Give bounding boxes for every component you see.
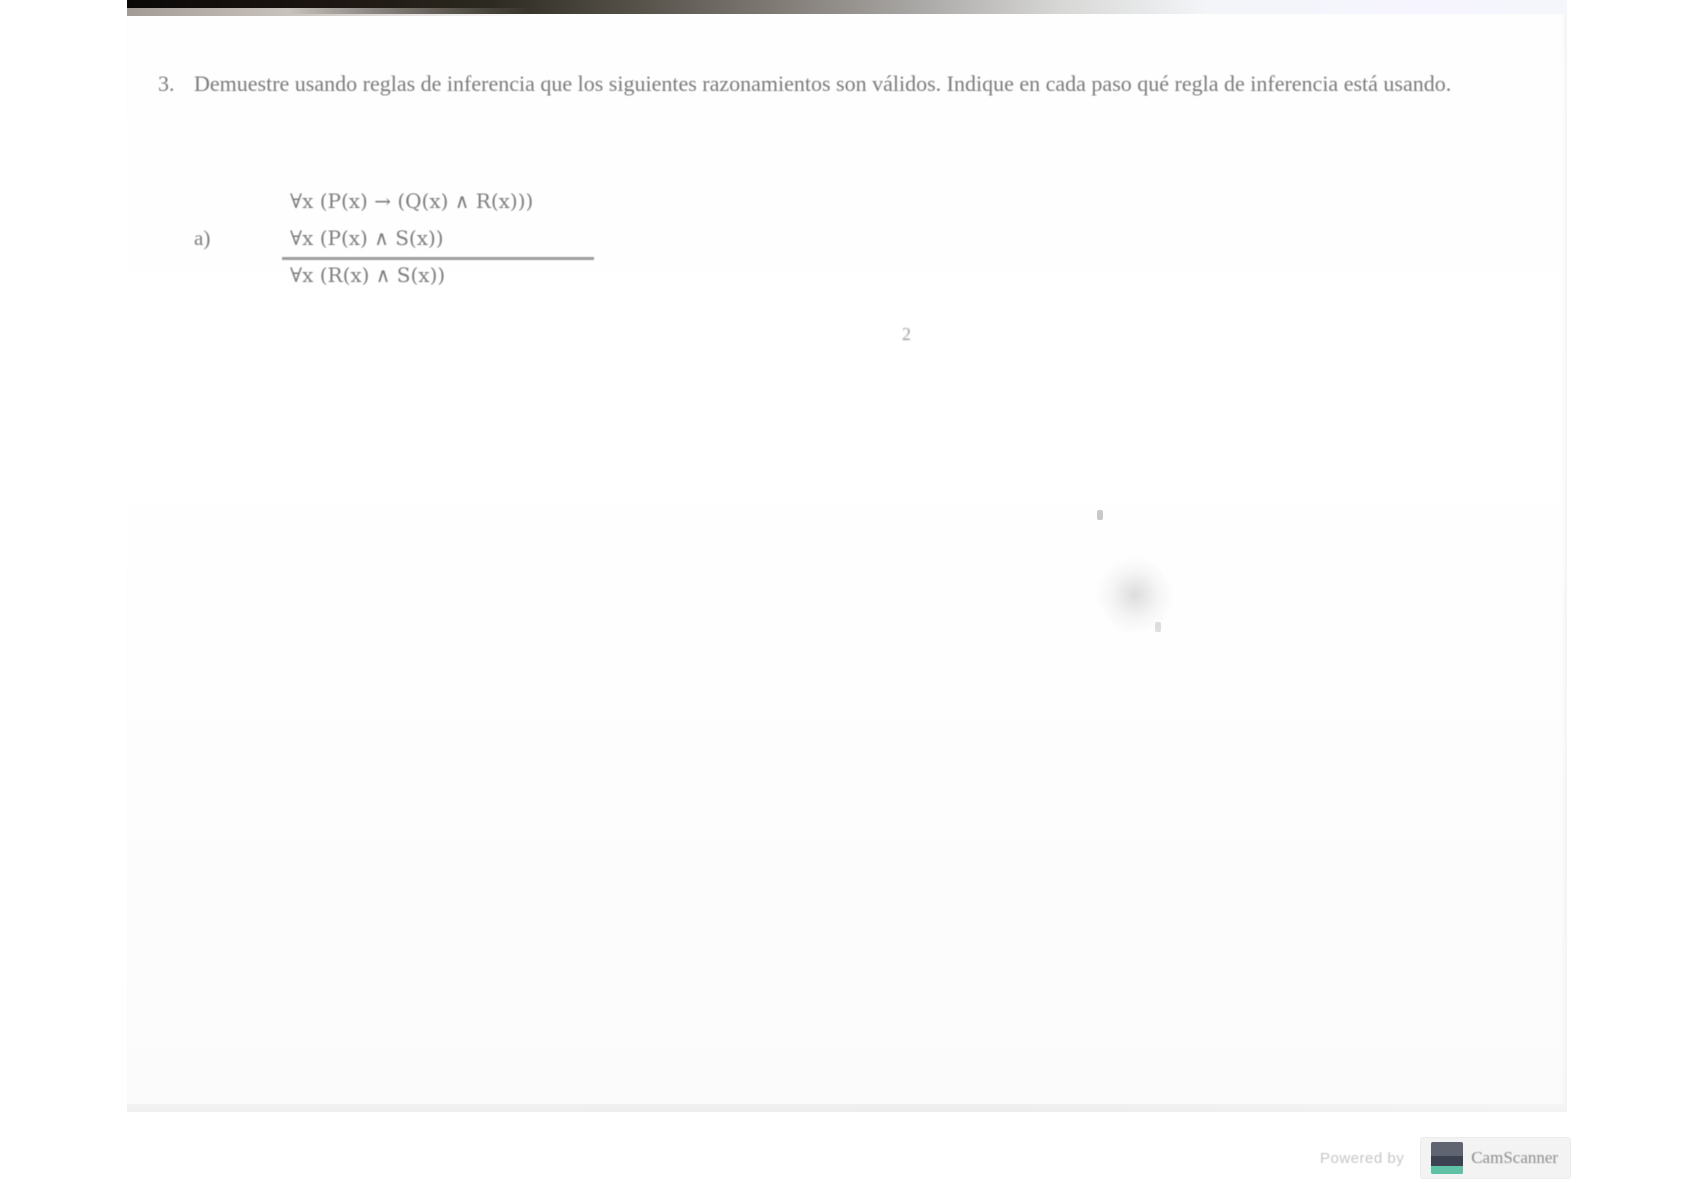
brand-badge-link[interactable]: CamScanner: [1420, 1137, 1571, 1179]
page-top-edge: [127, 0, 1567, 14]
item-label: a): [194, 226, 210, 251]
exercise-item-a: a) ∀x (P(x) → (Q(x) ∧ R(x))) ∀x (P(x) ∧ …: [190, 186, 650, 306]
page-number: 2: [902, 324, 911, 345]
problem-statement: 3. Demuestre usando reglas de inferencia…: [158, 62, 1478, 106]
conclusion: ∀x (R(x) ∧ S(x)): [290, 263, 445, 287]
problem-number: 3.: [158, 62, 186, 106]
scanned-page: 3. Demuestre usando reglas de inferencia…: [127, 0, 1567, 1112]
footer: Powered by CamScanner: [1320, 1130, 1571, 1186]
problem-text: Demuestre usando reglas de inferencia qu…: [194, 62, 1478, 106]
powered-by-label: Powered by: [1320, 1150, 1404, 1167]
scan-artifact-dot: [1097, 510, 1103, 520]
scan-artifact-dot: [1155, 622, 1161, 632]
brand-name: CamScanner: [1471, 1148, 1558, 1168]
viewer-stage: 3. Demuestre usando reglas de inferencia…: [0, 0, 1684, 1190]
inference-line: [282, 257, 594, 260]
premise-1: ∀x (P(x) → (Q(x) ∧ R(x))): [290, 189, 533, 213]
premise-2: ∀x (P(x) ∧ S(x)): [290, 226, 444, 250]
page-bottom-edge: [127, 1104, 1567, 1112]
scanner-logo-icon: [1431, 1142, 1463, 1174]
scan-artifact: [1083, 542, 1186, 648]
